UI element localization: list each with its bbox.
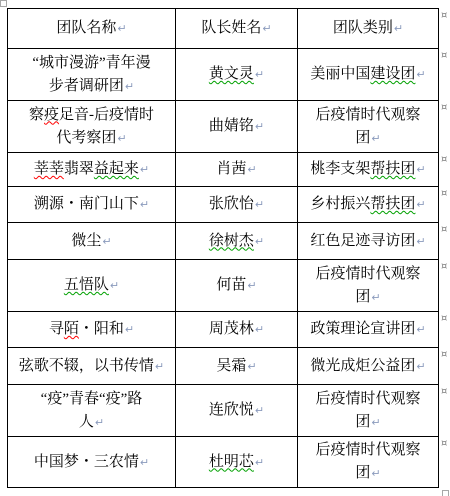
team-name-cell[interactable]: 莘莘翡翠益起来↵ bbox=[8, 153, 176, 187]
paragraph-mark-icon: ↵ bbox=[255, 198, 264, 211]
table-row: 五悟队↵何苗↵后疫情时代观察团↵ bbox=[8, 260, 439, 312]
paragraph-mark-icon: ↵ bbox=[255, 404, 264, 417]
table-row: 寻陌・阳和↵周茂林↵政策理论宣讲团↵ bbox=[8, 312, 439, 348]
cell-text-line: 五悟队↵ bbox=[10, 274, 173, 297]
cell-text-line: 杜明芯↵ bbox=[178, 451, 295, 474]
header-row: 团队名称↵队长姓名↵团队类别↵ bbox=[8, 9, 439, 49]
captain-name-header[interactable]: 队长姓名↵ bbox=[176, 9, 298, 49]
team-name-cell[interactable]: 寻陌・阳和↵ bbox=[8, 312, 176, 348]
captain-name-cell[interactable]: 连欣悦↵ bbox=[176, 385, 298, 437]
cell-text-line: 团↵ bbox=[300, 411, 436, 434]
team-name-cell[interactable]: “城市漫游”青年漫步者调研团↵ bbox=[8, 49, 176, 101]
misspelled-text-segment: 莘莘 bbox=[34, 161, 64, 177]
cell-text-line: 弦歌不辍，以书传情↵ bbox=[10, 355, 173, 378]
misspelled-text-segment: 黄文灵 bbox=[209, 66, 254, 82]
text-segment: 桃李支架 bbox=[310, 161, 370, 177]
text-segment: 周茂林 bbox=[209, 321, 254, 337]
row-end-mark-icon: ¤ bbox=[441, 11, 447, 21]
cell-text-line: 溯源・南门山下↵ bbox=[10, 193, 173, 216]
captain-name-cell[interactable]: 吴霜↵ bbox=[176, 348, 298, 385]
cell-text-line: 张欣怡↵ bbox=[178, 193, 295, 216]
text-segment: 曲婧铭 bbox=[209, 118, 254, 134]
table-row: 察疫足音-后疫情时代考察团↵曲婧铭↵后疫情时代观察团↵ bbox=[8, 101, 439, 153]
teams-table-body: 团队名称↵队长姓名↵团队类别↵“城市漫游”青年漫步者调研团↵黄文灵↵美丽中国建设… bbox=[8, 9, 439, 488]
document-page: 团队名称↵队长姓名↵团队类别↵“城市漫游”青年漫步者调研团↵黄文灵↵美丽中国建设… bbox=[0, 0, 450, 496]
captain-name-cell[interactable]: 张欣怡↵ bbox=[176, 187, 298, 223]
cell-text-line: “疫”青春“疫”路 bbox=[10, 388, 173, 411]
row-end-mark-icon: ¤ bbox=[441, 189, 447, 199]
cell-text-line: 乡村振兴帮扶团↵ bbox=[300, 193, 436, 216]
table-row: 弦歌不辍，以书传情↵吴霜↵微光成炬公益团↵ bbox=[8, 348, 439, 385]
text-segment: 何苗 bbox=[216, 277, 246, 293]
cell-text-line: 肖茜↵ bbox=[178, 158, 295, 181]
paragraph-mark-icon: ↵ bbox=[416, 323, 425, 336]
paragraph-mark-icon: ↵ bbox=[255, 235, 264, 248]
team-category-cell[interactable]: 后疫情时代观察团↵ bbox=[298, 385, 439, 437]
paragraph-mark-icon: ↵ bbox=[262, 22, 271, 35]
paragraph-mark-icon: ↵ bbox=[140, 198, 149, 211]
paragraph-mark-icon: ↵ bbox=[255, 323, 264, 336]
cell-text-line: 何苗↵ bbox=[178, 274, 295, 297]
cell-text-line: 后疫情时代观察 bbox=[300, 263, 436, 286]
paragraph-mark-icon: ↵ bbox=[416, 360, 425, 373]
text-segment: 吴霜 bbox=[216, 358, 246, 374]
paragraph-mark-icon: ↵ bbox=[125, 323, 134, 336]
text-segment: 足音-后疫情时 bbox=[59, 107, 154, 123]
team-category-cell[interactable]: 后疫情时代观察团↵ bbox=[298, 260, 439, 312]
text-segment: “城市漫游”青年漫 bbox=[32, 55, 150, 71]
table-row: “城市漫游”青年漫步者调研团↵黄文灵↵美丽中国建设团↵ bbox=[8, 49, 439, 101]
team-category-header[interactable]: 团队类别↵ bbox=[298, 9, 439, 49]
cell-text-line: 莘莘翡翠益起来↵ bbox=[10, 158, 173, 181]
cell-text-line: 美丽中国建设团↵ bbox=[300, 63, 436, 86]
misspelled-text-segment: 帮扶团 bbox=[370, 196, 415, 212]
cell-text-line: 代考察团↵ bbox=[10, 127, 173, 150]
misspelled-text-segment: 杜明芯 bbox=[209, 454, 254, 470]
paragraph-mark-icon: ↵ bbox=[371, 291, 380, 304]
team-category-cell[interactable]: 乡村振兴帮扶团↵ bbox=[298, 187, 439, 223]
text-segment: 中国梦・三农情 bbox=[34, 454, 139, 470]
cell-text-line: 黄文灵↵ bbox=[178, 63, 295, 86]
misspelled-text-segment: 陌 bbox=[64, 321, 79, 337]
paragraph-mark-icon: ↵ bbox=[117, 132, 126, 145]
paragraph-mark-icon: ↵ bbox=[117, 22, 126, 35]
cell-text-line: 团↵ bbox=[300, 127, 436, 150]
table-resize-handle[interactable] bbox=[442, 490, 449, 496]
paragraph-mark-icon: ↵ bbox=[416, 163, 425, 176]
text-segment: 弦歌不辍，以书传情 bbox=[19, 358, 154, 374]
paragraph-mark-icon: ↵ bbox=[371, 132, 380, 145]
paragraph-mark-icon: ↵ bbox=[140, 163, 149, 176]
team-category-cell[interactable]: 桃李支架帮扶团↵ bbox=[298, 153, 439, 187]
team-name-cell[interactable]: “疫”青春“疫”路人↵ bbox=[8, 385, 176, 437]
team-name-cell[interactable]: 微尘↵ bbox=[8, 223, 176, 260]
cell-text-line: 政策理论宣讲团↵ bbox=[300, 318, 436, 341]
paragraph-mark-icon: ↵ bbox=[140, 456, 149, 469]
paragraph-mark-icon: ↵ bbox=[110, 279, 119, 292]
team-category-cell[interactable]: 后疫情时代观察团↵ bbox=[298, 437, 439, 488]
team-name-cell[interactable]: 察疫足音-后疫情时代考察团↵ bbox=[8, 101, 176, 153]
paragraph-mark-icon: ↵ bbox=[416, 198, 425, 211]
text-segment: 团 bbox=[355, 130, 370, 146]
text-segment: 乡村振兴 bbox=[310, 196, 370, 212]
cell-text-line: 曲婧铭↵ bbox=[178, 115, 295, 138]
captain-name-cell[interactable]: 徐树杰↵ bbox=[176, 223, 298, 260]
text-segment: 翡翠 bbox=[64, 161, 94, 177]
captain-name-cell[interactable]: 曲婧铭↵ bbox=[176, 101, 298, 153]
paragraph-mark-icon: ↵ bbox=[394, 22, 403, 35]
text-segment: 政策理论宣讲团 bbox=[310, 321, 415, 337]
text-segment: 微尘 bbox=[71, 233, 101, 249]
team-name-cell[interactable]: 弦歌不辍，以书传情↵ bbox=[8, 348, 176, 385]
text-segment: 寻 bbox=[49, 321, 64, 337]
misspelled-text-segment: 帮扶团 bbox=[370, 161, 415, 177]
cell-text-line: 步者调研团↵ bbox=[10, 75, 173, 98]
cell-text-line: 中国梦・三农情↵ bbox=[10, 451, 173, 474]
paragraph-mark-icon: ↵ bbox=[255, 456, 264, 469]
text-segment: 溯源・南门山下 bbox=[34, 196, 139, 212]
cell-text-line: 桃李支架帮扶团↵ bbox=[300, 158, 436, 181]
text-segment: 微光成炬公益团 bbox=[310, 358, 415, 374]
text-segment: 团队名称 bbox=[56, 20, 116, 36]
text-segment: 步者调研团 bbox=[49, 78, 124, 94]
captain-name-cell[interactable]: 何苗↵ bbox=[176, 260, 298, 312]
cell-text-line: 人↵ bbox=[10, 411, 173, 434]
misspelled-text-segment: 徐树杰 bbox=[209, 233, 254, 249]
paragraph-mark-icon: ↵ bbox=[102, 235, 111, 248]
text-segment: 团 bbox=[355, 465, 370, 481]
cell-text-line: 连欣悦↵ bbox=[178, 399, 295, 422]
row-end-mark-icon: ¤ bbox=[441, 387, 447, 397]
cell-text-line: 队长姓名↵ bbox=[178, 17, 295, 40]
misspelled-text-segment: 益起来 bbox=[94, 161, 139, 177]
cell-text-line: 吴霜↵ bbox=[178, 355, 295, 378]
team-name-cell[interactable]: 中国梦・三农情↵ bbox=[8, 437, 176, 488]
cell-text-line: 后疫情时代观察 bbox=[300, 104, 436, 127]
paragraph-mark-icon: ↵ bbox=[255, 120, 264, 133]
captain-name-cell[interactable]: 周茂林↵ bbox=[176, 312, 298, 348]
text-segment: 张欣怡 bbox=[209, 196, 254, 212]
team-category-cell[interactable]: 后疫情时代观察团↵ bbox=[298, 101, 439, 153]
text-segment: 团 bbox=[355, 289, 370, 305]
team-category-cell[interactable]: 红色足迹寻访团↵ bbox=[298, 223, 439, 260]
misspelled-text-segment: 五悟队 bbox=[64, 277, 109, 293]
text-segment: 后疫情时代观察 bbox=[315, 442, 420, 458]
paragraph-mark-icon: ↵ bbox=[95, 416, 104, 429]
paragraph-mark-icon: ↵ bbox=[371, 416, 380, 429]
cell-text-line: 团↵ bbox=[300, 462, 436, 485]
paragraph-mark-icon: ↵ bbox=[125, 80, 134, 93]
cell-text-line: 红色足迹寻访团↵ bbox=[300, 230, 436, 253]
cell-text-line: 周茂林↵ bbox=[178, 318, 295, 341]
row-end-mark-icon: ¤ bbox=[441, 51, 447, 61]
row-end-mark-icon: ¤ bbox=[441, 262, 447, 272]
row-end-mark-icon: ¤ bbox=[441, 103, 447, 113]
captain-name-cell[interactable]: 黄文灵↵ bbox=[176, 49, 298, 101]
cell-text-line: 团↵ bbox=[300, 286, 436, 309]
team-name-header[interactable]: 团队名称↵ bbox=[8, 9, 176, 49]
misspelled-text-segment: 疫 bbox=[44, 107, 59, 123]
text-segment: 后疫情时代观察 bbox=[315, 107, 420, 123]
cell-text-line: 微尘↵ bbox=[10, 230, 173, 253]
cell-text-line: 后疫情时代观察 bbox=[300, 388, 436, 411]
text-segment: 美丽中国 bbox=[310, 66, 370, 82]
text-segment: 代考察团 bbox=[56, 130, 116, 146]
team-name-cell[interactable]: 五悟队↵ bbox=[8, 260, 176, 312]
cell-text-line: 微光成炬公益团↵ bbox=[300, 355, 436, 378]
row-end-mark-icon: ¤ bbox=[441, 225, 447, 235]
text-segment: 察 bbox=[29, 107, 44, 123]
text-segment: 人 bbox=[79, 414, 94, 430]
team-category-cell[interactable]: 美丽中国建设团↵ bbox=[298, 49, 439, 101]
table-row: 中国梦・三农情↵杜明芯↵后疫情时代观察团↵ bbox=[8, 437, 439, 488]
paragraph-mark-icon: ↵ bbox=[247, 360, 256, 373]
cell-text-line: “城市漫游”青年漫 bbox=[10, 52, 173, 75]
row-end-mark-icon: ¤ bbox=[441, 439, 447, 449]
row-end-mark-icon: ¤ bbox=[441, 350, 447, 360]
cell-text-line: 寻陌・阳和↵ bbox=[10, 318, 173, 341]
paragraph-mark-icon: ↵ bbox=[371, 467, 380, 480]
captain-name-cell[interactable]: 杜明芯↵ bbox=[176, 437, 298, 488]
table-row: 莘莘翡翠益起来↵肖茜↵桃李支架帮扶团↵ bbox=[8, 153, 439, 187]
text-segment: 团 bbox=[355, 414, 370, 430]
misspelled-text-segment: 建设团 bbox=[370, 66, 415, 82]
cell-text-line: 团队类别↵ bbox=[300, 17, 436, 40]
text-segment: 连欣悦 bbox=[209, 402, 254, 418]
captain-name-cell[interactable]: 肖茜↵ bbox=[176, 153, 298, 187]
paragraph-mark-icon: ↵ bbox=[247, 279, 256, 292]
text-segment: 后疫情时代观察 bbox=[315, 266, 420, 282]
text-segment: 团队类别 bbox=[333, 20, 393, 36]
cell-text-line: 团队名称↵ bbox=[10, 17, 173, 40]
text-segment: 后疫情时代观察 bbox=[315, 391, 420, 407]
paragraph-mark-icon: ↵ bbox=[247, 163, 256, 176]
team-category-cell[interactable]: 政策理论宣讲团↵ bbox=[298, 312, 439, 348]
paragraph-mark-icon: ↵ bbox=[155, 360, 164, 373]
row-end-mark-icon: ¤ bbox=[441, 155, 447, 165]
table-row: 溯源・南门山下↵张欣怡↵乡村振兴帮扶团↵ bbox=[8, 187, 439, 223]
cell-text-line: 后疫情时代观察 bbox=[300, 439, 436, 462]
table-row: “疫”青春“疫”路人↵连欣悦↵后疫情时代观察团↵ bbox=[8, 385, 439, 437]
paragraph-mark-icon: ↵ bbox=[416, 68, 425, 81]
text-segment: 红色足迹寻访团 bbox=[310, 233, 415, 249]
paragraph-mark-icon: ↵ bbox=[416, 235, 425, 248]
text-segment: 队长姓名 bbox=[201, 20, 261, 36]
text-segment: “疫”青春“疫”路 bbox=[41, 391, 143, 407]
text-segment: 肖茜 bbox=[216, 161, 246, 177]
table-move-handle[interactable] bbox=[0, 0, 7, 7]
team-name-cell[interactable]: 溯源・南门山下↵ bbox=[8, 187, 176, 223]
paragraph-mark-icon: ↵ bbox=[255, 68, 264, 81]
cell-text-line: 察疫足音-后疫情时 bbox=[10, 104, 173, 127]
table-row: 微尘↵徐树杰↵红色足迹寻访团↵ bbox=[8, 223, 439, 260]
row-end-mark-icon: ¤ bbox=[441, 314, 447, 324]
text-segment: ・阳和 bbox=[79, 321, 124, 337]
teams-table: 团队名称↵队长姓名↵团队类别↵“城市漫游”青年漫步者调研团↵黄文灵↵美丽中国建设… bbox=[7, 8, 439, 488]
cell-text-line: 徐树杰↵ bbox=[178, 230, 295, 253]
team-category-cell[interactable]: 微光成炬公益团↵ bbox=[298, 348, 439, 385]
